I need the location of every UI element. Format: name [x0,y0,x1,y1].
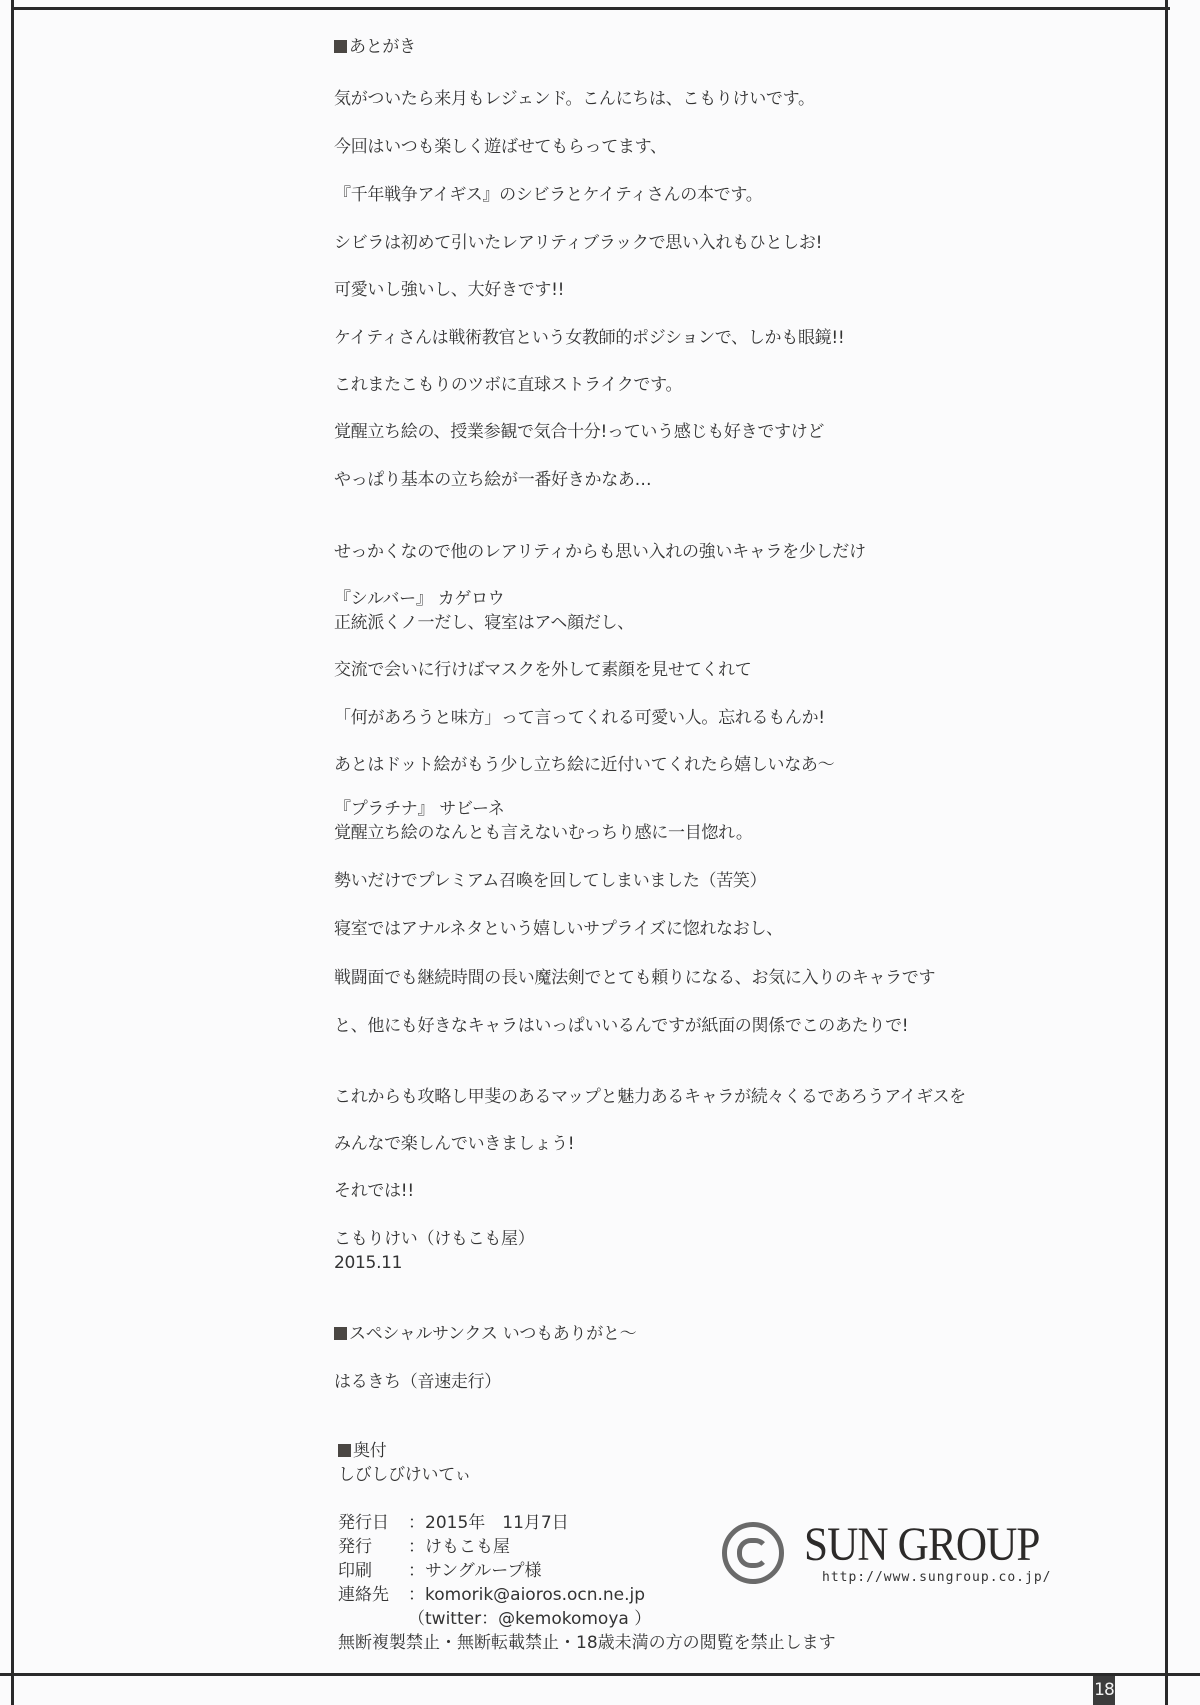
afterword-line: 寝室ではアナルネタという嬉しいサプライズに惚れなおし、 [334,918,783,940]
colophon-label: 発行 [338,1536,408,1558]
frame-right-line [1165,0,1168,1705]
afterword-line: 『プラチナ』 サビーネ [334,798,505,820]
afterword-line: やっぱり基本の立ち絵が一番好きかなあ… [334,469,651,491]
contact-email: ：komorik@aioros.ocn.ne.jp [408,1585,645,1605]
sun-group-logo: SUN GROUP http://www.sungroup.co.jp/ [722,1518,1092,1598]
contact-twitter: （twitter：@kemokomoya ） [408,1609,651,1629]
sun-group-emblem-icon [722,1522,784,1584]
page-number: 18 [1093,1676,1115,1705]
thanks-heading: スペシャルサンクス いつもありがと～ [334,1323,636,1345]
colophon-label: 発行日 [338,1512,408,1534]
colophon-value: ：けもこも屋 [408,1537,510,1557]
afterword-line: 勢いだけでプレミアム召喚を回してしまいました（苦笑） [334,870,766,892]
thanks-name: はるきち（音速走行） [334,1371,501,1393]
logo-url: http://www.sungroup.co.jp/ [822,1570,1052,1585]
afterword-line: ケイティさんは戦術教官という女教師的ポジションで、しかも眼鏡!! [334,327,844,349]
colophon-label: 連絡先 [338,1584,408,1606]
afterword-line: 交流で会いに行けばマスクを外して素顔を見せてくれて [334,659,752,681]
colophon-title: しびしびけいてぃ [338,1464,471,1486]
colophon-value: ：2015年 11月7日 [408,1513,569,1533]
colophon-label: 印刷 [338,1560,408,1582]
afterword-heading-text: あとがき [349,37,416,57]
logo-name: SUN GROUP [804,1520,1040,1570]
colophon-row-date: 発行日：2015年 11月7日 [338,1512,569,1534]
colophon-notice: 無断複製禁止・無断転載禁止・18歳未満の方の閲覧を禁止します [338,1632,836,1654]
colophon-row-twitter: （twitter：@kemokomoya ） [338,1608,651,1630]
afterword-line: 正統派くノ一だし、寝室はアヘ顔だし、 [334,612,634,634]
afterword-line: 気がついたら来月もレジェンド。こんにちは、こもりけいです。 [334,88,815,110]
afterword-heading: あとがき [334,36,416,58]
afterword-line: せっかくなので他のレアリティからも思い入れの強いキャラを少しだけ [334,541,866,563]
frame-top-line [12,7,1170,10]
afterword-line: 可愛いし強いし、大好きです!! [334,279,564,301]
afterword-line: 戦闘面でも継続時間の長い魔法剣でとても頼りになる、お気に入りのキャラです [334,967,935,989]
afterword-line: みんなで楽しんでいきましょう! [334,1133,574,1155]
afterword-line: それでは!! [334,1180,414,1202]
colophon-heading: 奥付 [338,1440,386,1462]
afterword-line: これまたこもりのツボに直球ストライクです。 [334,374,682,396]
afterword-line: 「何があろうと味方」って言ってくれる可愛い人。忘れるもんか! [334,707,825,729]
thanks-heading-text: スペシャルサンクス いつもありがと～ [349,1324,636,1344]
colophon-value: ：サングループ様 [408,1561,541,1581]
afterword-line: 覚醒立ち絵の、授業参観で気合十分!っていう感じも好きですけど [334,421,824,443]
author-signature: こもりけい（けもこも屋） [334,1228,534,1250]
afterword-line: 『千年戦争アイギス』のシビラとケイティさんの本です。 [334,184,762,206]
colophon-row-contact: 連絡先：komorik@aioros.ocn.ne.jp [338,1584,645,1606]
afterword-date: 2015.11 [334,1252,402,1274]
frame-left-line [11,0,14,1705]
afterword-line: あとはドット絵がもう少し立ち絵に近付いてくれたら嬉しいなあ～ [334,754,834,776]
afterword-line: 今回はいつも楽しく遊ばせてもらってます、 [334,136,667,158]
afterword-line: 『シルバー』 カゲロウ [334,588,505,610]
afterword-line: と、他にも好きなキャラはいっぱいいるんですが紙面の関係でこのあたりで! [334,1015,908,1037]
afterword-line: これからも攻略し甲斐のあるマップと魅力あるキャラが続々くるであろうアイギスを [334,1086,966,1108]
colophon-heading-text: 奥付 [353,1441,386,1461]
afterword-line: シビラは初めて引いたレアリティブラックで思い入れもひとしお! [334,232,822,254]
afterword-line: 覚醒立ち絵のなんとも言えないむっちり感に一目惚れ。 [334,822,753,844]
frame-bottom-line [0,1673,1200,1676]
colophon-row-printer: 印刷：サングループ様 [338,1560,541,1582]
colophon-row-publisher: 発行：けもこも屋 [338,1536,510,1558]
